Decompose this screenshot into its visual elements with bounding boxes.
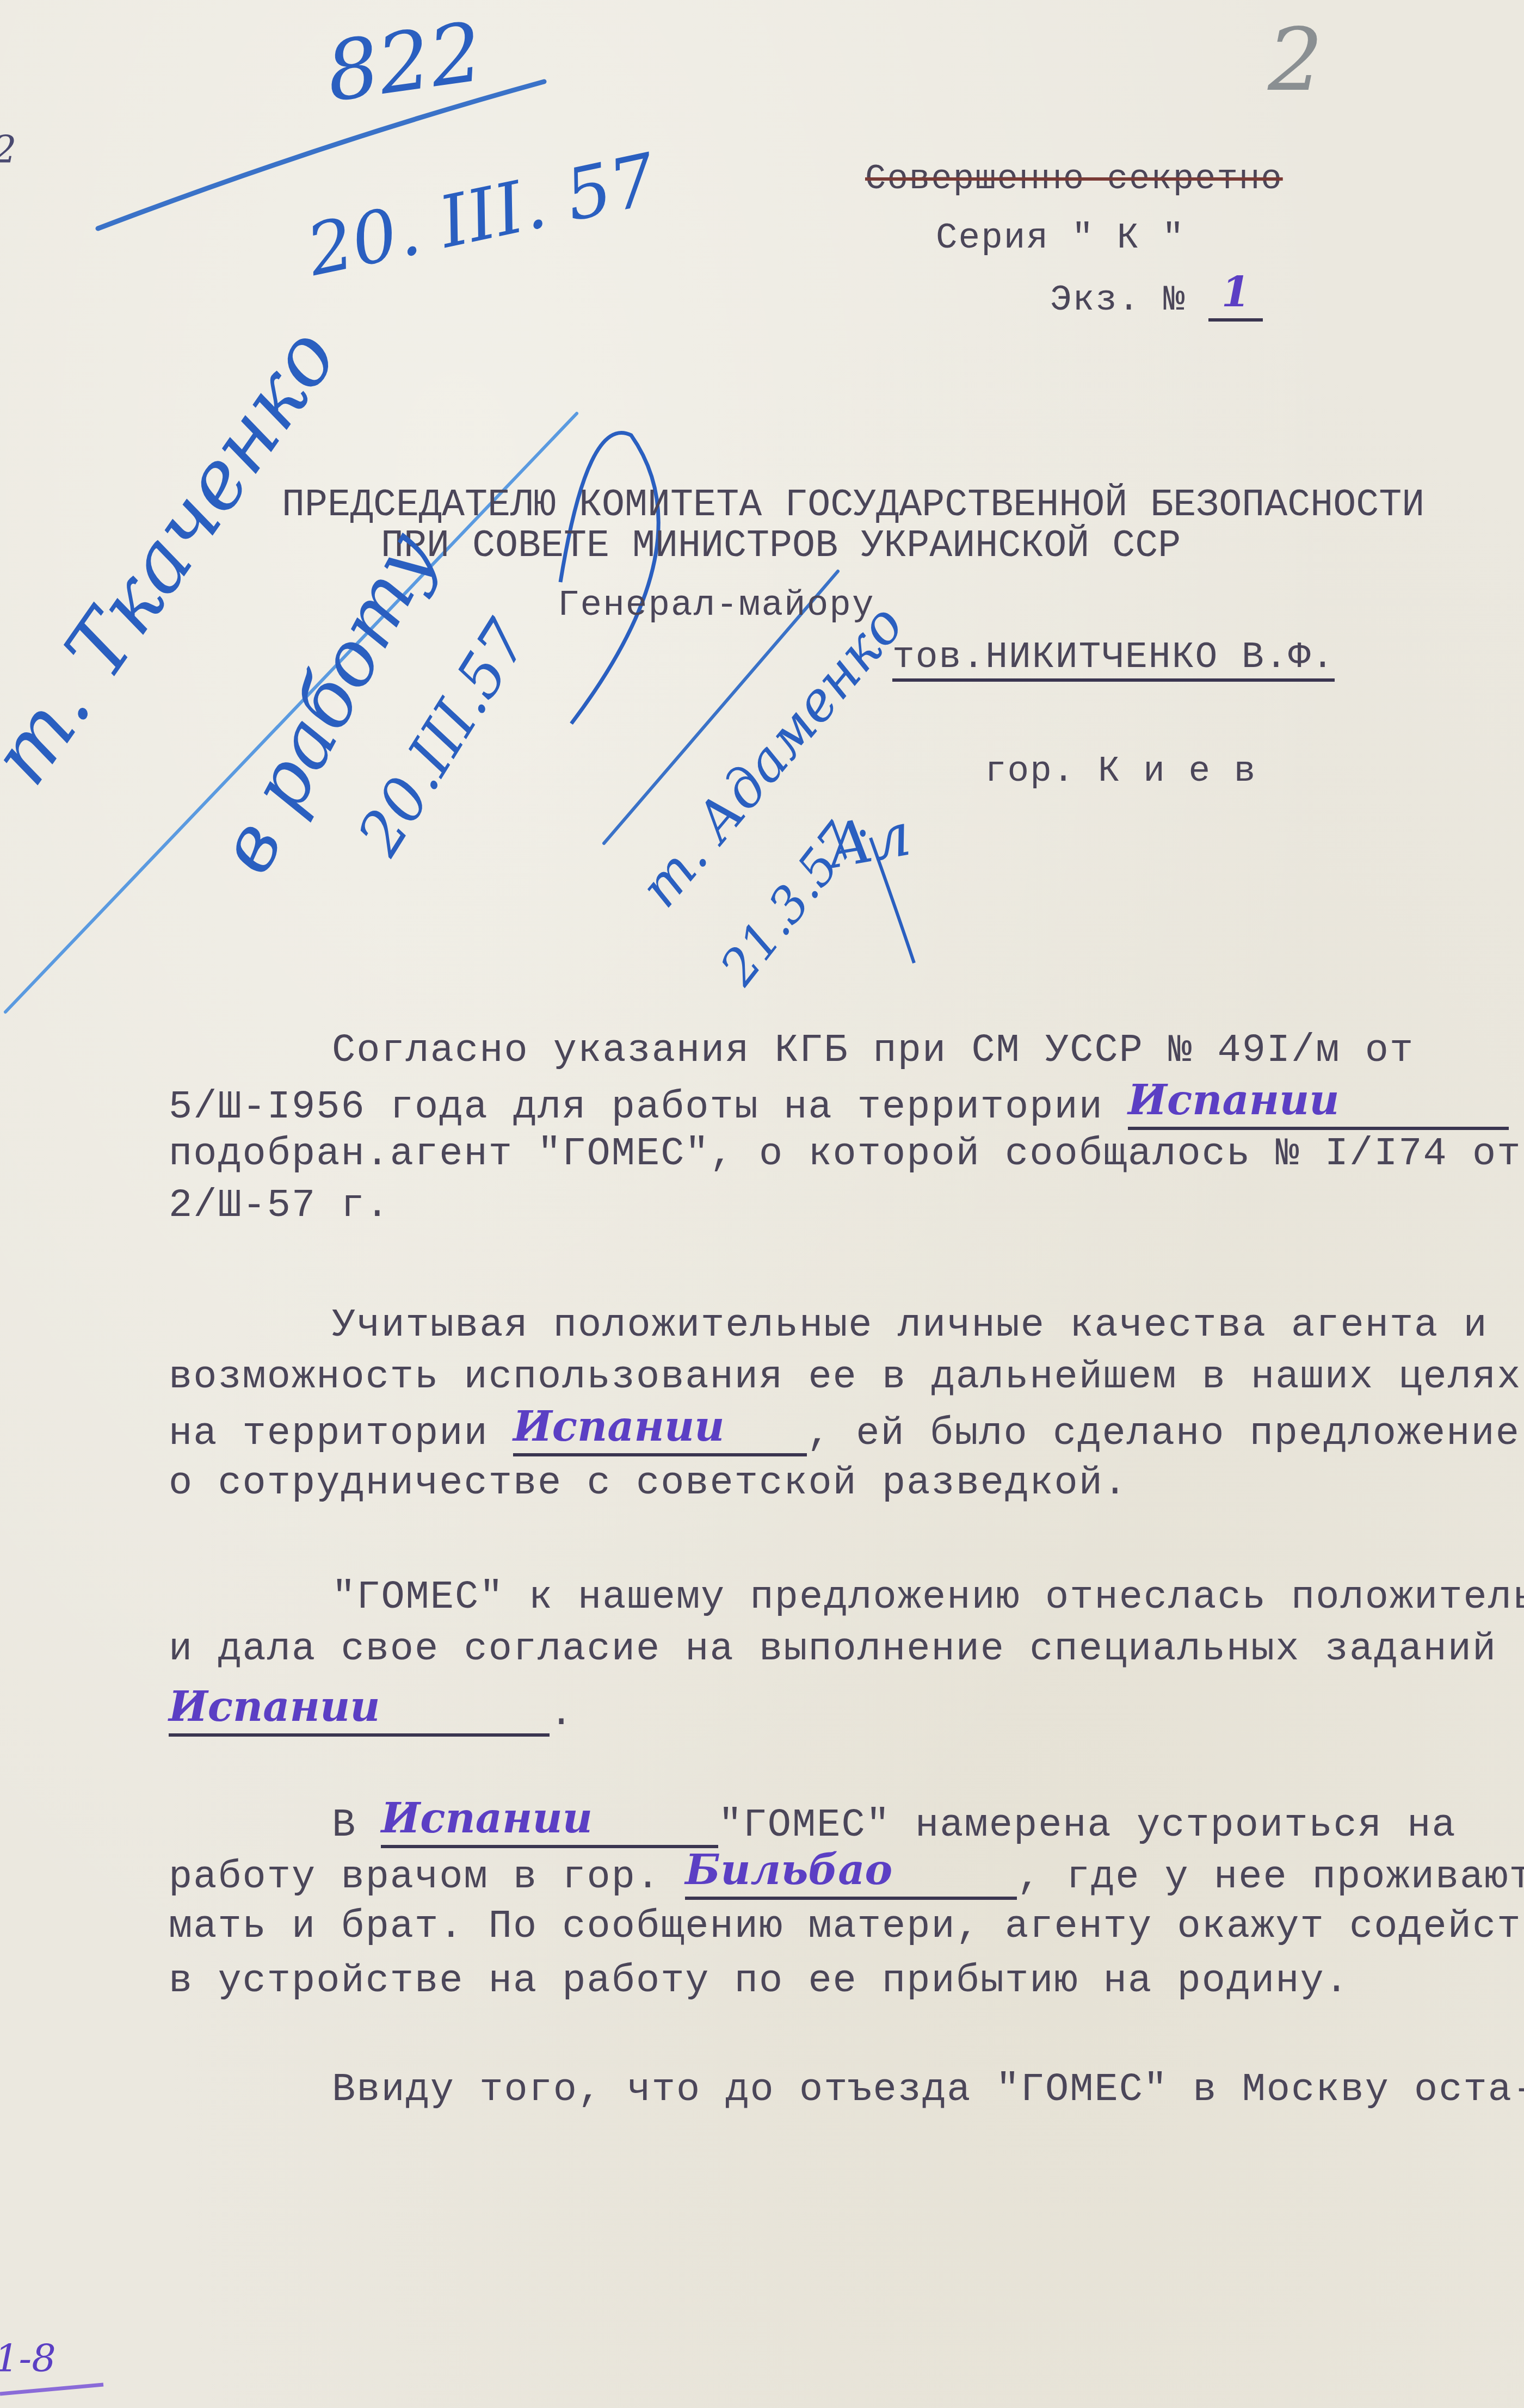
body-p4-line2-post: , где у нее проживают	[1017, 1855, 1524, 1899]
page-number: 2	[1268, 16, 1323, 103]
body-p2-line2: возможность использования ее в дальнейше…	[169, 1357, 1521, 1397]
addressee-city: гор. К и е в	[985, 754, 1256, 789]
left-edge-mark: 2	[0, 131, 17, 169]
fill-in-country-3: Испании	[169, 1689, 550, 1737]
body-p4-line1-post: "ГОМЕС" намерена устроиться на	[718, 1803, 1456, 1848]
body-p4-line1: В Испании"ГОМЕС" намерена устроиться на	[332, 1801, 1457, 1848]
body-p4-line2-pre: работу врачом в гор.	[169, 1855, 661, 1899]
copy-label: Экз. №	[1050, 280, 1186, 320]
body-p4-line2: работу врачом в гор. Бильбао, где у нее …	[169, 1853, 1524, 1900]
body-p2-line4: о сотрудничестве с советской разведкой.	[169, 1464, 1128, 1503]
body-p1-line4: 2/Ш-57 г.	[169, 1186, 390, 1225]
addressee-name: тов.НИКИТЧЕНКО В.Ф.	[892, 639, 1335, 682]
body-p1-line2-text: 5/Ш-I956 года для работы на территории	[169, 1085, 1103, 1129]
body-p3-line2: и дала свое согласие на выполнение специ…	[169, 1629, 1524, 1669]
body-p2-line1: Учитывая положительные личные качества а…	[332, 1306, 1488, 1345]
body-p4-line3: мать и брат. По сообщению матери, агенту…	[169, 1907, 1524, 1946]
body-p1-line2: 5/Ш-I956 года для работы на территории И…	[169, 1083, 1509, 1130]
body-p3-line3-post: .	[550, 1691, 574, 1736]
body-p2-line3-text: на территории	[169, 1411, 489, 1456]
body-p4-line1-pre: В	[332, 1803, 356, 1848]
body-p1-line3: подобран.агент "ГОМЕС", о которой сообща…	[169, 1134, 1521, 1174]
copy-number-field: 1	[1208, 275, 1263, 322]
fill-in-city: Бильбао	[685, 1853, 1017, 1900]
copy-number-row: Экз. № 1	[1050, 275, 1263, 322]
body-p4-line4: в устройстве на работу по ее прибытию на…	[169, 1961, 1349, 2001]
fill-in-country-2: Испании	[513, 1409, 807, 1456]
body-p5-line1: Ввиду того, что до отъезда "ГОМЕС" в Мос…	[332, 2070, 1524, 2109]
series-label: Серия " К "	[936, 220, 1185, 256]
body-p1-line1: Согласно указания КГБ при СМ УССР № 49I/…	[332, 1031, 1414, 1070]
addressee-line2: ПРИ СОВЕТЕ МИНИСТРОВ УКРАИНСКОЙ ССР	[381, 528, 1181, 566]
classification-struck: Совершенно секретно	[865, 162, 1283, 197]
resolution-right-signature: Ал	[823, 804, 915, 878]
body-p2-line3-post: , ей было сделано предложение	[807, 1411, 1520, 1456]
addressee-line1: ПРЕДСЕДАТЕЛЮ КОМИТЕТА ГОСУДАРСТВЕННОЙ БЕ…	[282, 487, 1424, 525]
addressee-rank: Генерал-майору	[558, 588, 875, 623]
body-p3-line3: Испании.	[169, 1689, 574, 1737]
body-p3-line1: "ГОМЕС" к нашему предложению отнеслась п…	[332, 1578, 1524, 1617]
footer-margin-note: 1-8	[0, 2339, 56, 2378]
fill-in-country-1: Испании	[1128, 1083, 1509, 1130]
body-p2-line3: на территории Испании, ей было сделано п…	[169, 1409, 1520, 1456]
registration-number: 822	[322, 11, 487, 114]
fill-in-country-4: Испании	[381, 1801, 718, 1848]
